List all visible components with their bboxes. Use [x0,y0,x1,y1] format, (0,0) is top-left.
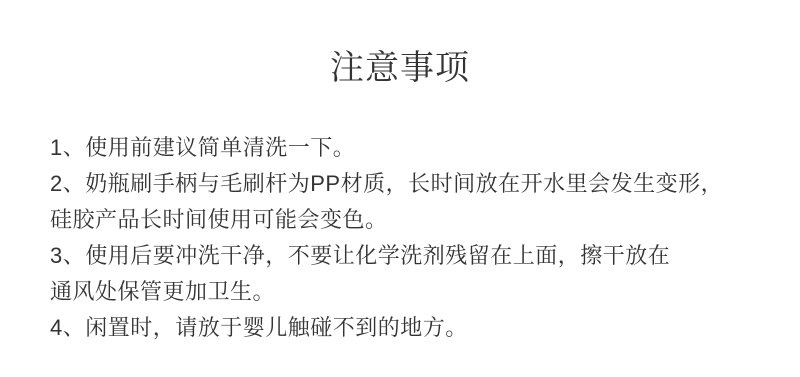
notice-line-item2-a: 2、奶瓶刷手柄与毛刷杆为PP材质，长时间放在开水里会发生变形， [50,166,755,202]
notice-line-item3-a: 3、使用后要冲洗干净，不要让化学洗剂残留在上面，擦干放在 [50,238,755,274]
notice-page: 注意事项 1、使用前建议简单清洗一下。 2、奶瓶刷手柄与毛刷杆为PP材质，长时间… [0,0,800,377]
notice-title: 注意事项 [0,0,800,91]
notice-line-item2-b: 硅胶产品长时间使用可能会变色。 [50,202,755,238]
notice-body: 1、使用前建议简单清洗一下。 2、奶瓶刷手柄与毛刷杆为PP材质，长时间放在开水里… [0,130,800,346]
notice-line-item1: 1、使用前建议简单清洗一下。 [50,130,755,166]
notice-line-item4: 4、闲置时，请放于婴儿触碰不到的地方。 [50,310,755,346]
notice-line-item3-b: 通风处保管更加卫生。 [50,274,755,310]
